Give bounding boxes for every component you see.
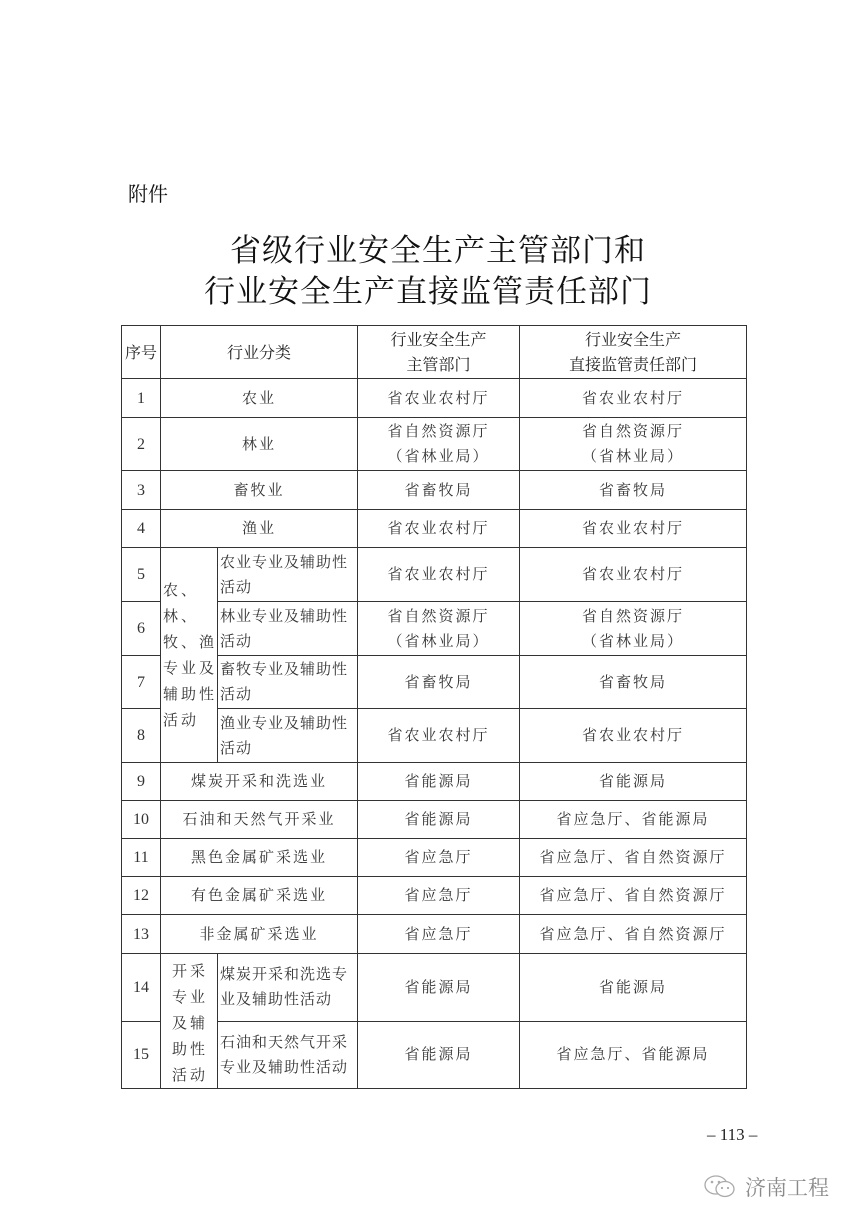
row-number: 6 [122,602,161,656]
row-supervision: 省畜牧局 [520,471,747,510]
row-number: 2 [122,418,161,471]
row-number: 12 [122,877,161,915]
department-table: 序号 行业分类 行业安全生产 主管部门 行业安全生产 直接监管责任部门 1 农业… [121,325,747,1089]
row-supervision: 省应急厅、省能源局 [520,801,747,839]
row-number: 3 [122,471,161,510]
row-supervision: 省应急厅、省自然资源厅 [520,877,747,915]
watermark: 济南工程 [703,1172,829,1202]
group-agri-forestry-husbandry-fishery: 农、林、牧、渔专业及辅助性活动 [161,548,218,763]
table-row: 12 有色金属矿采选业 省应急厅 省应急厅、省自然资源厅 [122,877,747,915]
header-supervision-dept: 行业安全生产 直接监管责任部门 [520,326,747,379]
wechat-icon [703,1173,737,1201]
row-supervision: 省能源局 [520,763,747,801]
header-seq: 序号 [122,326,161,379]
row-category: 渔业 [161,510,358,548]
row-number: 5 [122,548,161,602]
row-supervision: 省农业农村厅 [520,709,747,763]
row-supervision: 省自然资源厅（省林业局） [520,418,747,471]
row-competent: 省应急厅 [358,915,520,954]
row-supervision: 省应急厅、省自然资源厅 [520,915,747,954]
table-row: 9 煤炭开采和洗选业 省能源局 省能源局 [122,763,747,801]
row-competent: 省应急厅 [358,839,520,877]
document-title-line-1: 省级行业安全生产主管部门和 [10,225,856,270]
row-category: 农业专业及辅助性活动 [218,548,358,602]
row-supervision: 省农业农村厅 [520,510,747,548]
table-header-row: 序号 行业分类 行业安全生产 主管部门 行业安全生产 直接监管责任部门 [122,326,747,379]
row-competent: 省自然资源厅（省林业局） [358,418,520,471]
row-category: 非金属矿采选业 [161,915,358,954]
row-competent: 省农业农村厅 [358,510,520,548]
table-row: 13 非金属矿采选业 省应急厅 省应急厅、省自然资源厅 [122,915,747,954]
row-competent: 省畜牧局 [358,656,520,709]
row-competent: 省农业农村厅 [358,548,520,602]
row-number: 8 [122,709,161,763]
row-supervision: 省应急厅、省能源局 [520,1021,747,1089]
table-row: 14 开采专业及辅助性活动 煤炭开采和洗选专业及辅助性活动 省能源局 省能源局 [122,954,747,1022]
row-category: 有色金属矿采选业 [161,877,358,915]
row-number: 1 [122,379,161,418]
row-category: 畜牧专业及辅助性活动 [218,656,358,709]
row-category: 渔业专业及辅助性活动 [218,709,358,763]
row-competent: 省农业农村厅 [358,709,520,763]
row-supervision: 省农业农村厅 [520,548,747,602]
page-number: – 113 – [707,1125,757,1145]
group-mining-support: 开采专业及辅助性活动 [161,954,218,1089]
header-competent-dept: 行业安全生产 主管部门 [358,326,520,379]
row-category: 黑色金属矿采选业 [161,839,358,877]
row-number: 9 [122,763,161,801]
row-supervision: 省农业农村厅 [520,379,747,418]
row-competent: 省能源局 [358,801,520,839]
row-category: 畜牧业 [161,471,358,510]
table-row: 4 渔业 省农业农村厅 省农业农村厅 [122,510,747,548]
row-competent: 省能源局 [358,1021,520,1089]
row-category: 林业专业及辅助性活动 [218,602,358,656]
row-number: 4 [122,510,161,548]
row-category: 煤炭开采和洗选专业及辅助性活动 [218,954,358,1022]
document-title-line-2: 行业安全生产直接监管责任部门 [0,266,856,311]
row-number: 13 [122,915,161,954]
header-category: 行业分类 [161,326,358,379]
row-competent: 省农业农村厅 [358,379,520,418]
row-competent: 省能源局 [358,763,520,801]
table-row: 2 林业 省自然资源厅（省林业局） 省自然资源厅（省林业局） [122,418,747,471]
table-row: 10 石油和天然气开采业 省能源局 省应急厅、省能源局 [122,801,747,839]
row-competent: 省自然资源厅（省林业局） [358,602,520,656]
row-number: 14 [122,954,161,1022]
attachment-label: 附件 [128,178,168,207]
row-supervision: 省畜牧局 [520,656,747,709]
row-number: 10 [122,801,161,839]
row-category: 农业 [161,379,358,418]
row-supervision: 省能源局 [520,954,747,1022]
row-category: 石油和天然气开采业 [161,801,358,839]
table-row: 3 畜牧业 省畜牧局 省畜牧局 [122,471,747,510]
row-number: 15 [122,1021,161,1089]
row-category: 石油和天然气开采专业及辅助性活动 [218,1021,358,1089]
row-supervision: 省应急厅、省自然资源厅 [520,839,747,877]
row-competent: 省畜牧局 [358,471,520,510]
watermark-text: 济南工程 [745,1172,829,1202]
table-row: 5 农、林、牧、渔专业及辅助性活动 农业专业及辅助性活动 省农业农村厅 省农业农… [122,548,747,602]
table-row: 11 黑色金属矿采选业 省应急厅 省应急厅、省自然资源厅 [122,839,747,877]
table-row: 1 农业 省农业农村厅 省农业农村厅 [122,379,747,418]
row-supervision: 省自然资源厅（省林业局） [520,602,747,656]
row-competent: 省能源局 [358,954,520,1022]
row-category: 林业 [161,418,358,471]
row-competent: 省应急厅 [358,877,520,915]
row-number: 11 [122,839,161,877]
row-category: 煤炭开采和洗选业 [161,763,358,801]
row-number: 7 [122,656,161,709]
